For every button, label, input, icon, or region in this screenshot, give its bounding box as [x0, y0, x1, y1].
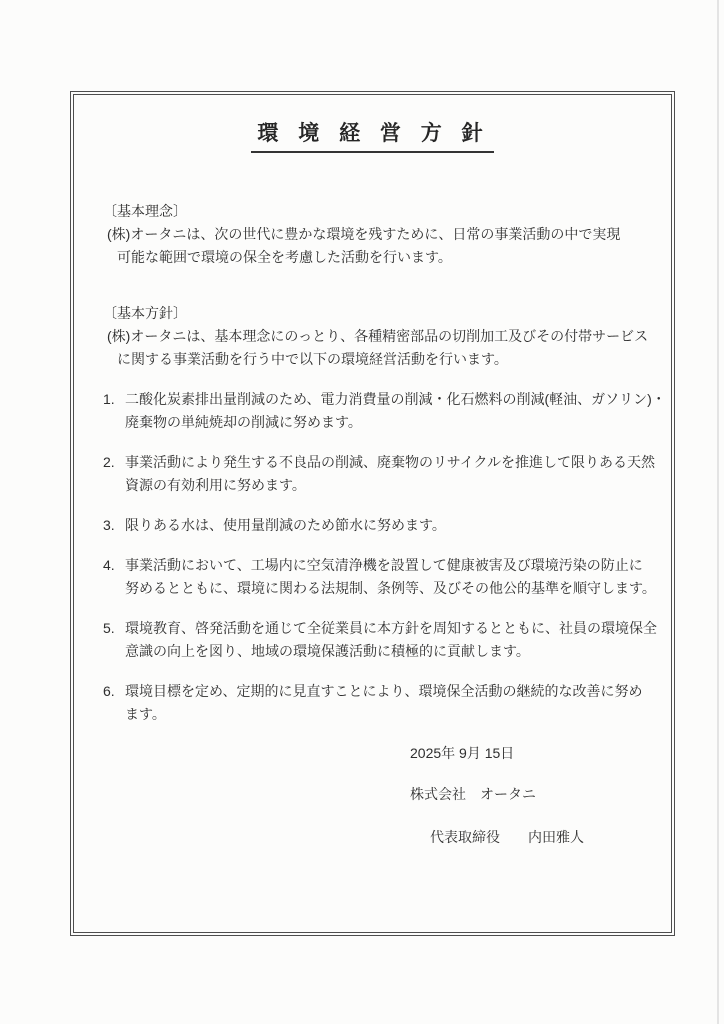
company-line: 株式会社 オータニ [410, 783, 642, 806]
item-line: 事業活動において、工場内に空気清浄機を設置して健康被害及び環境汚染の防止に [125, 554, 642, 577]
item-line: 資源の有効利用に努めます。 [125, 474, 642, 497]
paragraph-line: 可能な範囲で環境の保全を考慮した活動を行います。 [103, 246, 642, 269]
item-text: 限りある水は、使用量削減のため節水に努めます。 [125, 514, 642, 537]
section-heading-policy: 〔基本方針〕 [103, 302, 642, 325]
item-line: 環境目標を定め、定期的に見直すことにより、環境保全活動の継続的な改善に努め [125, 680, 642, 703]
item-number: 6. [103, 680, 125, 726]
scan-edge-artifact [717, 0, 719, 1024]
item-text: 環境目標を定め、定期的に見直すことにより、環境保全活動の継続的な改善に努め ます… [125, 680, 642, 726]
list-item: 4. 事業活動において、工場内に空気清浄機を設置して健康被害及び環境汚染の防止に… [103, 554, 642, 600]
list-item: 1. 二酸化炭素排出量削減のため、電力消費量の削減・化石燃料の削減(軽油、ガソリ… [103, 388, 642, 434]
item-line: 環境教育、啓発活動を通じて全従業員に本方針を周知するとともに、社員の環境保全 [125, 617, 642, 640]
item-text: 二酸化炭素排出量削減のため、電力消費量の削減・化石燃料の削減(軽油、ガソリン)・… [125, 388, 642, 434]
list-item: 5. 環境教育、啓発活動を通じて全従業員に本方針を周知するとともに、社員の環境保… [103, 617, 642, 663]
list-item: 2. 事業活動により発生する不良品の削減、廃棄物のリサイクルを推進して限りある天… [103, 451, 642, 497]
paragraph-line: に関する事業活動を行う中で以下の環境経営活動を行います。 [103, 348, 642, 371]
paragraph-line: (株)オータニは、次の世代に豊かな環境を残すために、日常の事業活動の中で実現 [103, 223, 642, 246]
section-basic-policy: 〔基本方針〕 (株)オータニは、基本理念にのっとり、各種精密部品の切削加工及びそ… [103, 302, 642, 371]
item-text: 環境教育、啓発活動を通じて全従業員に本方針を周知するとともに、社員の環境保全 意… [125, 617, 642, 663]
item-number: 3. [103, 514, 125, 537]
item-line: 事業活動により発生する不良品の削減、廃棄物のリサイクルを推進して限りある天然 [125, 451, 642, 474]
item-text: 事業活動により発生する不良品の削減、廃棄物のリサイクルを推進して限りある天然 資… [125, 451, 642, 497]
item-number: 1. [103, 388, 125, 434]
item-line: 廃棄物の単純焼却の削減に努めます。 [125, 411, 642, 434]
item-number: 4. [103, 554, 125, 600]
item-line: 限りある水は、使用量削減のため節水に努めます。 [125, 514, 642, 537]
item-number: 2. [103, 451, 125, 497]
list-item: 3. 限りある水は、使用量削減のため節水に努めます。 [103, 514, 642, 537]
section-heading-principle: 〔基本理念〕 [103, 200, 642, 223]
item-line: ます。 [125, 703, 642, 726]
document-title: 環 境 経 営 方 針 [251, 117, 493, 153]
date-line: 2025年 9月 15日 [410, 742, 642, 765]
section-basic-principle: 〔基本理念〕 (株)オータニは、次の世代に豊かな環境を残すために、日常の事業活動… [103, 200, 642, 269]
paragraph-line: (株)オータニは、基本理念にのっとり、各種精密部品の切削加工及びその付帯サービス [103, 325, 642, 348]
item-line: 二酸化炭素排出量削減のため、電力消費量の削減・化石燃料の削減(軽油、ガソリン)・ [125, 388, 642, 411]
representative-line: 代表取締役 内田雅人 [430, 826, 642, 849]
item-line: 意識の向上を図り、地域の環境保護活動に積極的に貢献します。 [125, 640, 642, 663]
item-text: 事業活動において、工場内に空気清浄機を設置して健康被害及び環境汚染の防止に 努め… [125, 554, 642, 600]
signature-block: 2025年 9月 15日 株式会社 オータニ 代表取締役 内田雅人 [103, 742, 642, 849]
policy-item-list: 1. 二酸化炭素排出量削減のため、電力消費量の削減・化石燃料の削減(軽油、ガソリ… [103, 388, 642, 726]
item-line: 努めるとともに、環境に関わる法規制、条例等、及びその他公的基準を順守します。 [125, 577, 642, 600]
document-frame: 環 境 経 営 方 針 〔基本理念〕 (株)オータニは、次の世代に豊かな環境を残… [70, 91, 675, 936]
item-number: 5. [103, 617, 125, 663]
title-row: 環 境 経 営 方 針 [103, 117, 642, 153]
list-item: 6. 環境目標を定め、定期的に見直すことにより、環境保全活動の継続的な改善に努め… [103, 680, 642, 726]
